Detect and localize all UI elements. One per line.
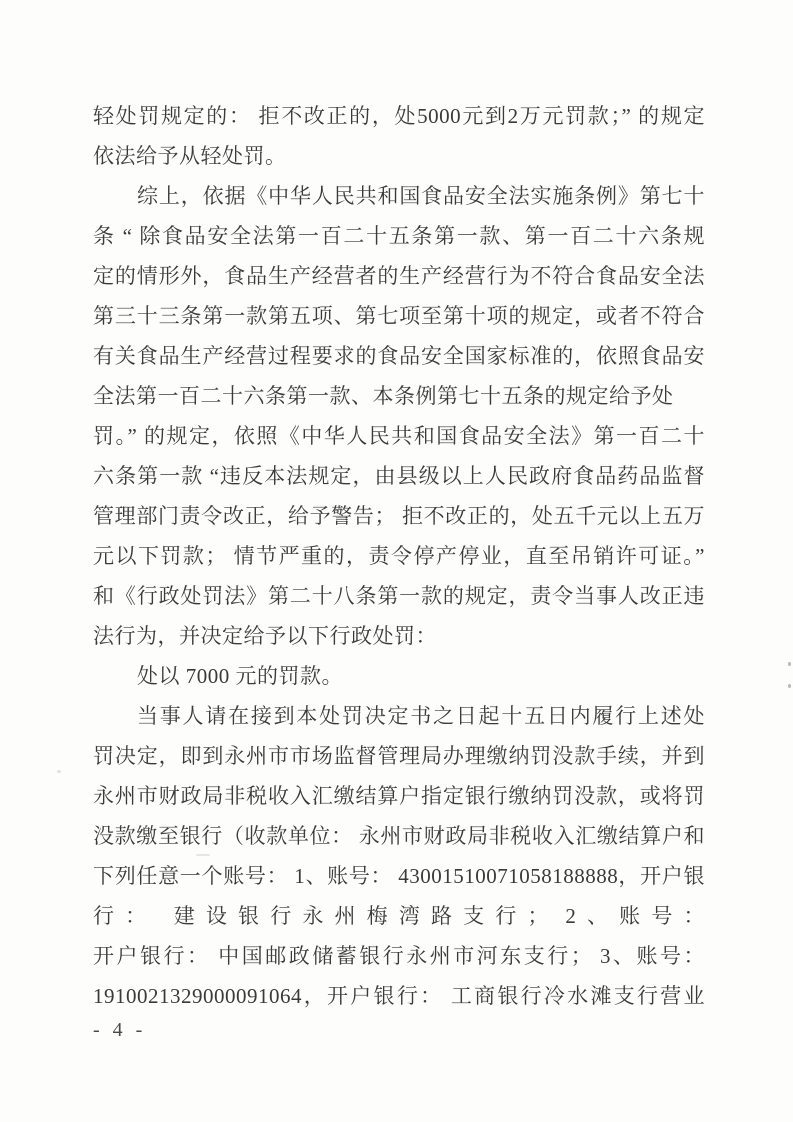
text-line: 和《行政处罚法》第二十八条第一款的规定，责令当事人改正违 bbox=[93, 576, 705, 616]
text-line: 1910021329000091064，开户银行： 工商银行冷水滩支行营业部； bbox=[93, 976, 705, 1016]
scan-artifact bbox=[788, 684, 791, 688]
text-line: 管理部门责令改正，给予警告； 拒不改正的，处五千元以上五万 bbox=[93, 496, 705, 536]
text-line: 罚。” 的规定，依照《中华人民共和国食品安全法》第一百二十 bbox=[93, 416, 705, 456]
text-line: 第三十三条第一款第五项、第七项至第十项的规定，或者不符合 bbox=[93, 296, 705, 336]
text-line: 全法第一百二十六条第一款、本条例第七十五条的规定给予处 bbox=[93, 376, 705, 416]
text-line: 法行为，并决定给予以下行政处罚： bbox=[93, 616, 705, 656]
text-line: 元以下罚款； 情节严重的，责令停产停业，直至吊销许可证。” bbox=[93, 536, 705, 576]
text-line: 条 “ 除食品安全法第一百二十五条第一款、第一百二十六条规 bbox=[93, 216, 705, 256]
text-line: 轻处罚规定的： 拒不改正的，处5000元到2万元罚款；” 的规定 bbox=[93, 96, 705, 136]
text-line: 六条第一款 “违反本法规定，由县级以上人民政府食品药品监督 bbox=[93, 456, 705, 496]
text-line: 处以 7000 元的罚款。 bbox=[93, 656, 705, 696]
text-line: 开户银行： 中国邮政储蓄银行永州市河东支行； 3、账号： bbox=[93, 936, 705, 976]
text-line: 依法给予从轻处罚。 bbox=[93, 136, 705, 176]
document-body: 轻处罚规定的： 拒不改正的，处5000元到2万元罚款；” 的规定依法给予从轻处罚… bbox=[93, 96, 705, 1016]
text-line: 定的情形外，食品生产经营者的生产经营行为不符合食品安全法 bbox=[93, 256, 705, 296]
text-line: 有关食品生产经营过程要求的食品安全国家标准的，依照食品安 bbox=[93, 336, 705, 376]
scan-artifact bbox=[788, 662, 791, 666]
document-page: 轻处罚规定的： 拒不改正的，处5000元到2万元罚款；” 的规定依法给予从轻处罚… bbox=[0, 0, 793, 1122]
scan-artifact bbox=[57, 770, 61, 773]
text-line: 当事人请在接到本处罚决定书之日起十五日内履行上述处 bbox=[93, 696, 705, 736]
text-line: 综上，依据《中华人民共和国食品安全法实施条例》第七十 bbox=[93, 176, 705, 216]
text-line: 没款缴至银行（收款单位： 永州市财政局非税收入汇缴结算户和 bbox=[93, 816, 705, 856]
text-line: 永州市财政局非税收入汇缴结算户指定银行缴纳罚没款，或将罚 bbox=[93, 776, 705, 816]
text-line: 罚决定，即到永州市市场监督管理局办理缴纳罚没款手续，并到 bbox=[93, 736, 705, 776]
text-line: 下列任意一个账号： 1、账号： 43001510071058188888，开户银 bbox=[93, 856, 705, 896]
text-line: 行： 建设银行永州梅湾路支行； 2、账号： 100411753730016666… bbox=[93, 896, 705, 936]
scan-artifact bbox=[196, 854, 210, 856]
page-number: - 4 - bbox=[93, 1014, 146, 1046]
